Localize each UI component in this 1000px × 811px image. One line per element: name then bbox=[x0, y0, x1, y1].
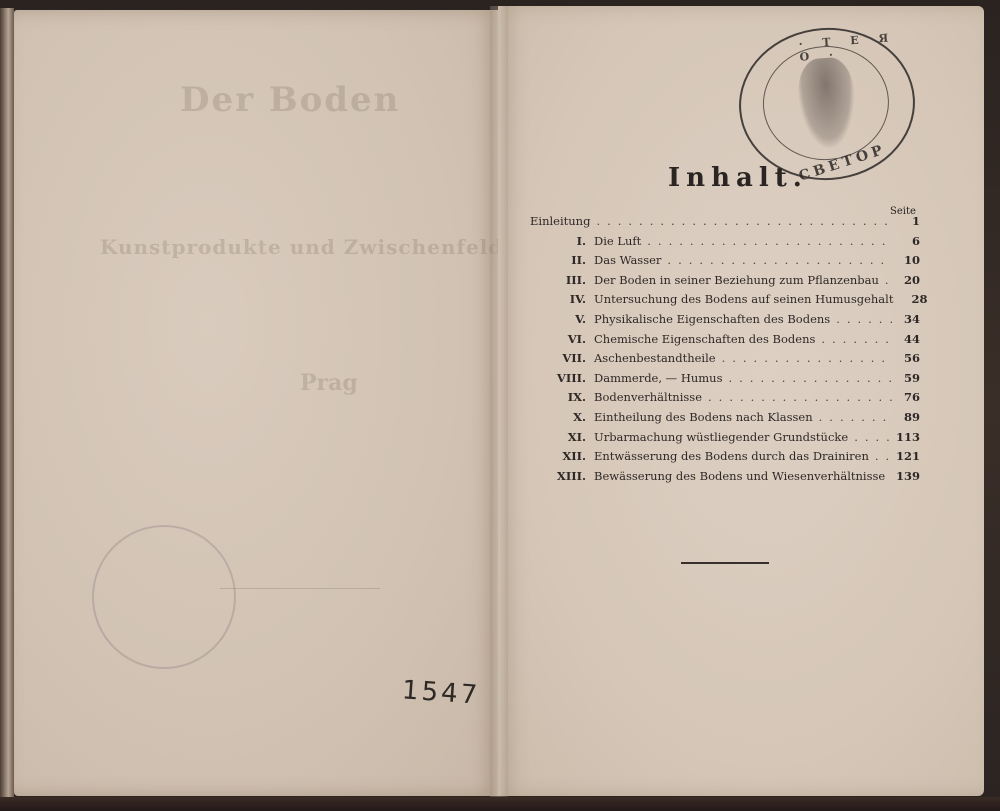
table-of-contents: Einleitung .............................… bbox=[530, 214, 920, 488]
bleed-through-subtitle: Kunstprodukte und Zwischenfelder bbox=[100, 235, 529, 259]
chapter-number: IX. bbox=[530, 390, 594, 404]
chapter-title: Entwässerung des Bodens durch das Draini… bbox=[594, 449, 869, 463]
chapter-number: XI. bbox=[530, 430, 594, 444]
chapter-title: Eintheilung des Bodens nach Klassen bbox=[594, 410, 813, 424]
leader-dots: ........................................… bbox=[885, 469, 892, 483]
bleed-through-place: Prag bbox=[300, 370, 358, 396]
page-number: 89 bbox=[892, 410, 920, 424]
book-bottom-edge bbox=[0, 797, 1000, 811]
stamp-top-text: · Т Е Я О · bbox=[798, 30, 910, 64]
book-edge bbox=[0, 8, 14, 803]
chapter-title: Dammerde, — Humus bbox=[594, 371, 722, 385]
leader-dots: ........................................… bbox=[879, 273, 892, 287]
chapter-number: VI. bbox=[530, 332, 594, 346]
chapter-title: Untersuchung des Bodens auf seinen Humus… bbox=[594, 292, 893, 306]
page-number: 76 bbox=[892, 390, 920, 404]
chapter-number: VIII. bbox=[530, 371, 594, 385]
chapter-title: Einleitung bbox=[530, 214, 590, 228]
book-gutter bbox=[490, 6, 508, 798]
toc-entry: IV. Untersuchung des Bodens auf seinen H… bbox=[530, 292, 920, 312]
chapter-number: XIII. bbox=[530, 469, 594, 483]
toc-entry: XI. Urbarmachung wüstliegender Grundstüc… bbox=[530, 430, 920, 450]
leader-dots: ........................................… bbox=[716, 351, 892, 365]
page-number: 20 bbox=[892, 273, 920, 287]
toc-entry: III. Der Boden in seiner Beziehung zum P… bbox=[530, 273, 920, 293]
chapter-title: Urbarmachung wüstliegender Grundstücke bbox=[594, 430, 848, 444]
toc-entry: VIII. Dammerde, — Humus ................… bbox=[530, 371, 920, 391]
leader-dots: ........................................… bbox=[702, 390, 892, 404]
leader-dots: ........................................… bbox=[661, 253, 892, 267]
page-number: 10 bbox=[892, 253, 920, 267]
chapter-number: II. bbox=[530, 253, 594, 267]
toc-entry: IX. Bodenverhältnisse ..................… bbox=[530, 390, 920, 410]
chapter-title: Der Boden in seiner Beziehung zum Pflanz… bbox=[594, 273, 879, 287]
toc-entry: I. Die Luft ............................… bbox=[530, 234, 920, 254]
page-number: 6 bbox=[892, 234, 920, 248]
toc-entry: Einleitung .............................… bbox=[530, 214, 920, 234]
leader-dots: ........................................… bbox=[848, 430, 892, 444]
book-spread: Der Boden Kunstprodukte und Zwischenfeld… bbox=[0, 0, 1000, 811]
toc-entry: VII. Aschenbestandtheile ...............… bbox=[530, 351, 920, 371]
chapter-title: Bewässerung des Bodens und Wiesenverhält… bbox=[594, 469, 885, 483]
closing-rule bbox=[681, 562, 769, 564]
leader-dots: ........................................… bbox=[722, 371, 892, 385]
leader-dots: ........................................… bbox=[590, 214, 892, 228]
chapter-number: VII. bbox=[530, 351, 594, 365]
toc-entry: XII. Entwässerung des Bodens durch das D… bbox=[530, 449, 920, 469]
chapter-title: Bodenverhältnisse bbox=[594, 390, 702, 404]
handwritten-number: 1547 bbox=[401, 675, 481, 710]
page-number: 1 bbox=[892, 214, 920, 228]
leader-dots: ........................................… bbox=[641, 234, 892, 248]
toc-entry: II. Das Wasser .........................… bbox=[530, 253, 920, 273]
toc-entry: V. Physikalische Eigenschaften des Boden… bbox=[530, 312, 920, 332]
page-number: 56 bbox=[892, 351, 920, 365]
chapter-number: V. bbox=[530, 312, 594, 326]
page-number: 139 bbox=[892, 469, 920, 483]
chapter-title: Das Wasser bbox=[594, 253, 661, 267]
bleed-through-stamp bbox=[92, 525, 236, 669]
page-number: 28 bbox=[899, 292, 927, 306]
chapter-number: IV. bbox=[530, 292, 594, 306]
chapter-number: I. bbox=[530, 234, 594, 248]
page-number: 44 bbox=[892, 332, 920, 346]
page-number: 34 bbox=[892, 312, 920, 326]
chapter-title: Chemische Eigenschaften des Bodens bbox=[594, 332, 815, 346]
toc-entry: VI. Chemische Eigenschaften des Bodens .… bbox=[530, 332, 920, 352]
leader-dots: ........................................… bbox=[815, 332, 892, 346]
chapter-title: Die Luft bbox=[594, 234, 641, 248]
bleed-through-title: Der Boden bbox=[180, 80, 400, 120]
chapter-title: Physikalische Eigenschaften des Bodens bbox=[594, 312, 830, 326]
chapter-number: III. bbox=[530, 273, 594, 287]
page-title: Inhalt. bbox=[668, 163, 808, 193]
page-number: 113 bbox=[892, 430, 920, 444]
page-number: 121 bbox=[892, 449, 920, 463]
toc-entry: XIII. Bewässerung des Bodens und Wiesenv… bbox=[530, 469, 920, 489]
leader-dots: ........................................… bbox=[869, 449, 892, 463]
toc-entry: X. Eintheilung des Bodens nach Klassen .… bbox=[530, 410, 920, 430]
chapter-number: XII. bbox=[530, 449, 594, 463]
chapter-number: X. bbox=[530, 410, 594, 424]
page-number: 59 bbox=[892, 371, 920, 385]
chapter-title: Aschenbestandtheile bbox=[594, 351, 716, 365]
leader-dots: ........................................… bbox=[830, 312, 892, 326]
bleed-through-rule bbox=[220, 588, 380, 589]
leader-dots: ........................................… bbox=[813, 410, 892, 424]
